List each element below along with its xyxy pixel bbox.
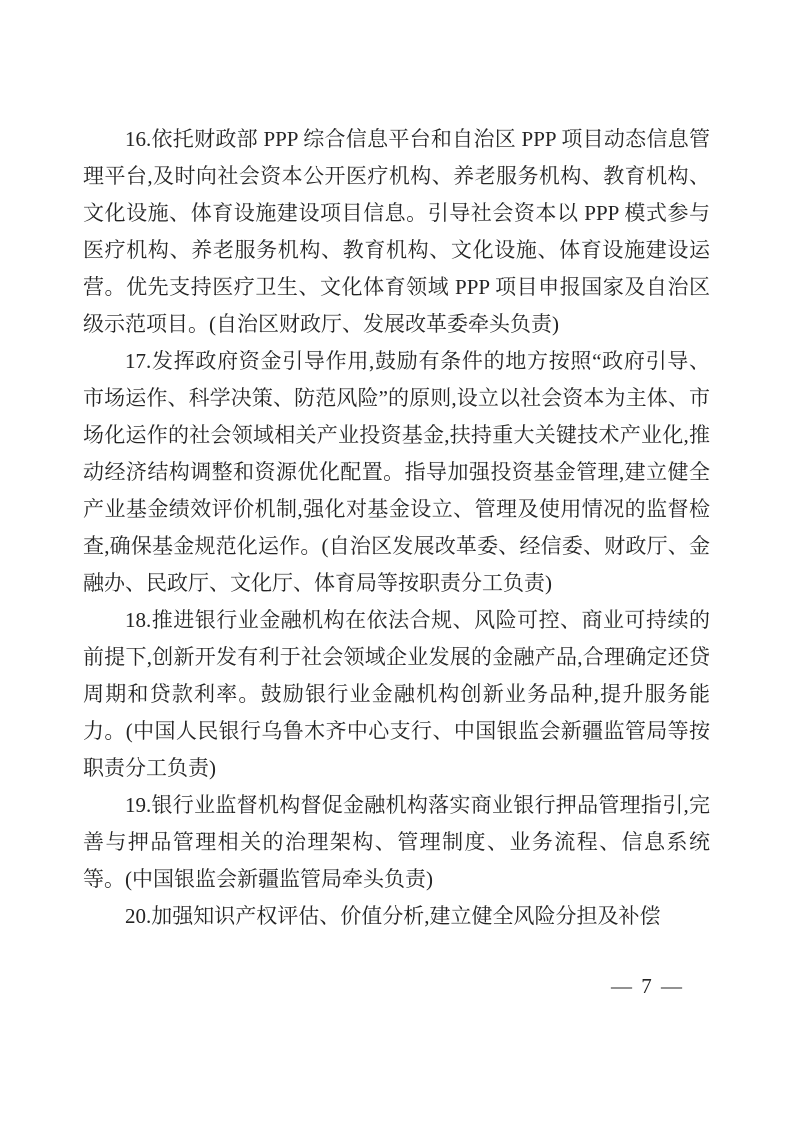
paragraph-item-16: 16.依托财政部 PPP 综合信息平台和自治区 PPP 项目动态信息管理平台,及… — [83, 121, 710, 343]
page-number: — 7 — — [611, 972, 684, 1000]
paragraph-item-20: 20.加强知识产权评估、价值分析,建立健全风险分担及补偿 — [83, 898, 710, 935]
paragraph-item-18: 18.推进银行业金融机构在依法合规、风险可控、商业可持续的前提下,创新开发有利于… — [83, 602, 710, 787]
document-body: 16.依托财政部 PPP 综合信息平台和自治区 PPP 项目动态信息管理平台,及… — [83, 121, 710, 935]
paragraph-item-17: 17.发挥政府资金引导作用,鼓励有条件的地方按照“政府引导、市场运作、科学决策、… — [83, 343, 710, 602]
document-page: 16.依托财政部 PPP 综合信息平台和自治区 PPP 项目动态信息管理平台,及… — [0, 0, 793, 1122]
paragraph-item-19: 19.银行业监督机构督促金融机构落实商业银行押品管理指引,完善与押品管理相关的治… — [83, 787, 710, 898]
